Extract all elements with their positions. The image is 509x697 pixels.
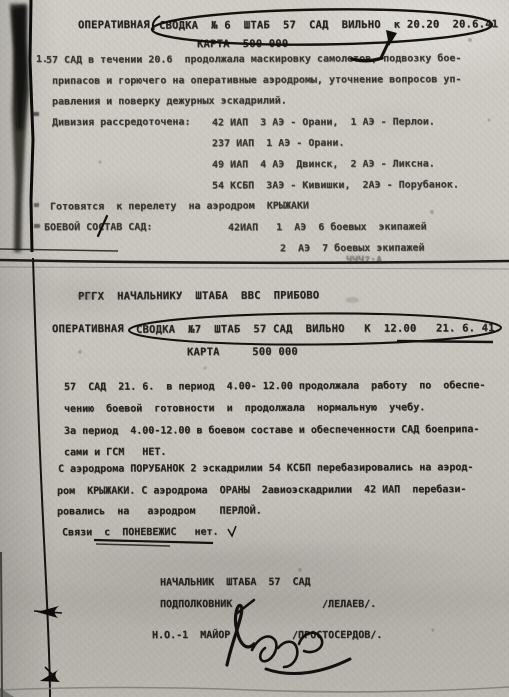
doc2-para2-line2: сами и ГСМ НЕТ.	[64, 447, 166, 459]
doc2-para3-line3: ровались на аэродром ПЕРЛОЙ.	[57, 506, 262, 519]
doc2-para3-line2: ром КРЫЖАКИ. С аэродрома ОРАНЫ 2авиоэска…	[57, 484, 466, 498]
bottom-scan-artifacts	[0, 552, 509, 697]
doc2-sig-name2: /ПРОСТОСЕРДОВ/.	[292, 630, 382, 642]
doc1-combat-row2: 2 АЭ 7 боевых экипажей	[280, 243, 425, 256]
doc2-para1-line1: 57 САД 21. 6. в период 4.00- 12.00 продо…	[64, 380, 485, 394]
doc2-addressee-line: РГГХ НАЧАЛЬНИКУ ШТАБА ВВС ПРИБОВО	[78, 289, 319, 302]
doc1-para1-line2: припасов и горючего на оперативные аэрод…	[52, 74, 461, 88]
doc1-para1-line1: 57 САД в течении 20.6 продолжала маскиро…	[46, 53, 461, 67]
doc2-sig-rank1: ПОДПОЛКОВНИК	[160, 599, 232, 611]
doc1-disposition-row1: 42 ИАП 3 АЭ - Орани, 1 АЭ - Перлои.	[212, 117, 435, 130]
margin-arrow-mark-2	[40, 670, 60, 682]
doc1-map-line: КАРТА 500 000	[197, 38, 288, 50]
scanned-document-page: ОПЕРАТИВНАЯ СВОДКА № 6 ШТАБ 57 САД ВИЛЬН…	[0, 0, 509, 697]
doc2-header-circled: СВОДКА №7 ШТАБ 57 САД ВИЛЬНО К 12.00 21.…	[136, 322, 501, 336]
doc2-para2-line1: За период 4.00-12.00 в боевом составе и …	[64, 424, 479, 438]
doc1-disposition-row3: 49 ИАП 4 АЭ Двинск, 2 АЭ - Ликсна.	[212, 159, 435, 172]
doc1-combat-row1: 42ИАП 1 АЭ 6 боевых экипажей	[228, 222, 427, 235]
black-scan-edge-bar	[10, 0, 40, 252]
doc2-sig-rank2: Н.О.-1 МАЙОР	[152, 630, 230, 642]
doc1-para1-line3: равления и поверку дежурных эскадрилий.	[52, 95, 287, 108]
doc1-disposition-row4: 54 КСБП 3АЭ - Кивишки, 2АЭ - Порубанок.	[212, 179, 459, 192]
doc2-para3-line1: С аэродрома ПОРУБАНОК 2 эскадрилии 54 КС…	[58, 462, 473, 476]
margin-arrow-mark-2-tail	[45, 667, 54, 676]
doc1-header-label: ОПЕРАТИВНАЯ	[78, 19, 150, 31]
doc1-disposition-row2: 237 ИАП 1 АЭ - Орани.	[212, 138, 345, 151]
margin-arrow-mark-1-tail	[34, 611, 62, 613]
doc1-smudge-text: ЧЧЧ?:А...	[346, 255, 400, 267]
doc1-ready-line: Готовятся к перелету на аэродром КРЫЖАКИ	[50, 200, 309, 213]
doc2-para4-line: Связи с ПОНЕВЕЖИС нет.	[62, 527, 219, 540]
page-fold-line	[0, 249, 509, 269]
doc1-header-circled: СВОДКА № 6 ШТАБ 57 САД ВИЛЬНО к 20.20 20…	[159, 18, 498, 31]
doc1-para2-label: Дивизия рассредоточена:	[52, 117, 191, 130]
doc2-map-line: КАРТА 500 000	[187, 346, 298, 358]
doc2-sig-title: НАЧАЛЬНИК ШТАБА 57 САД	[160, 577, 311, 590]
date-underline	[397, 341, 493, 342]
doc1-combat-label: БОЕВОЙ СОСТАВ САД:	[44, 222, 152, 234]
margin-arrow-mark-1	[37, 606, 59, 618]
doc2-para1-line2: чению боевой готовности и продолжала нор…	[64, 402, 425, 416]
doc2-header-label: ОПЕРАТИВНАЯ	[52, 323, 124, 335]
doc2-sig-name1: /ЛЕЛАЕВ/.	[322, 599, 376, 611]
